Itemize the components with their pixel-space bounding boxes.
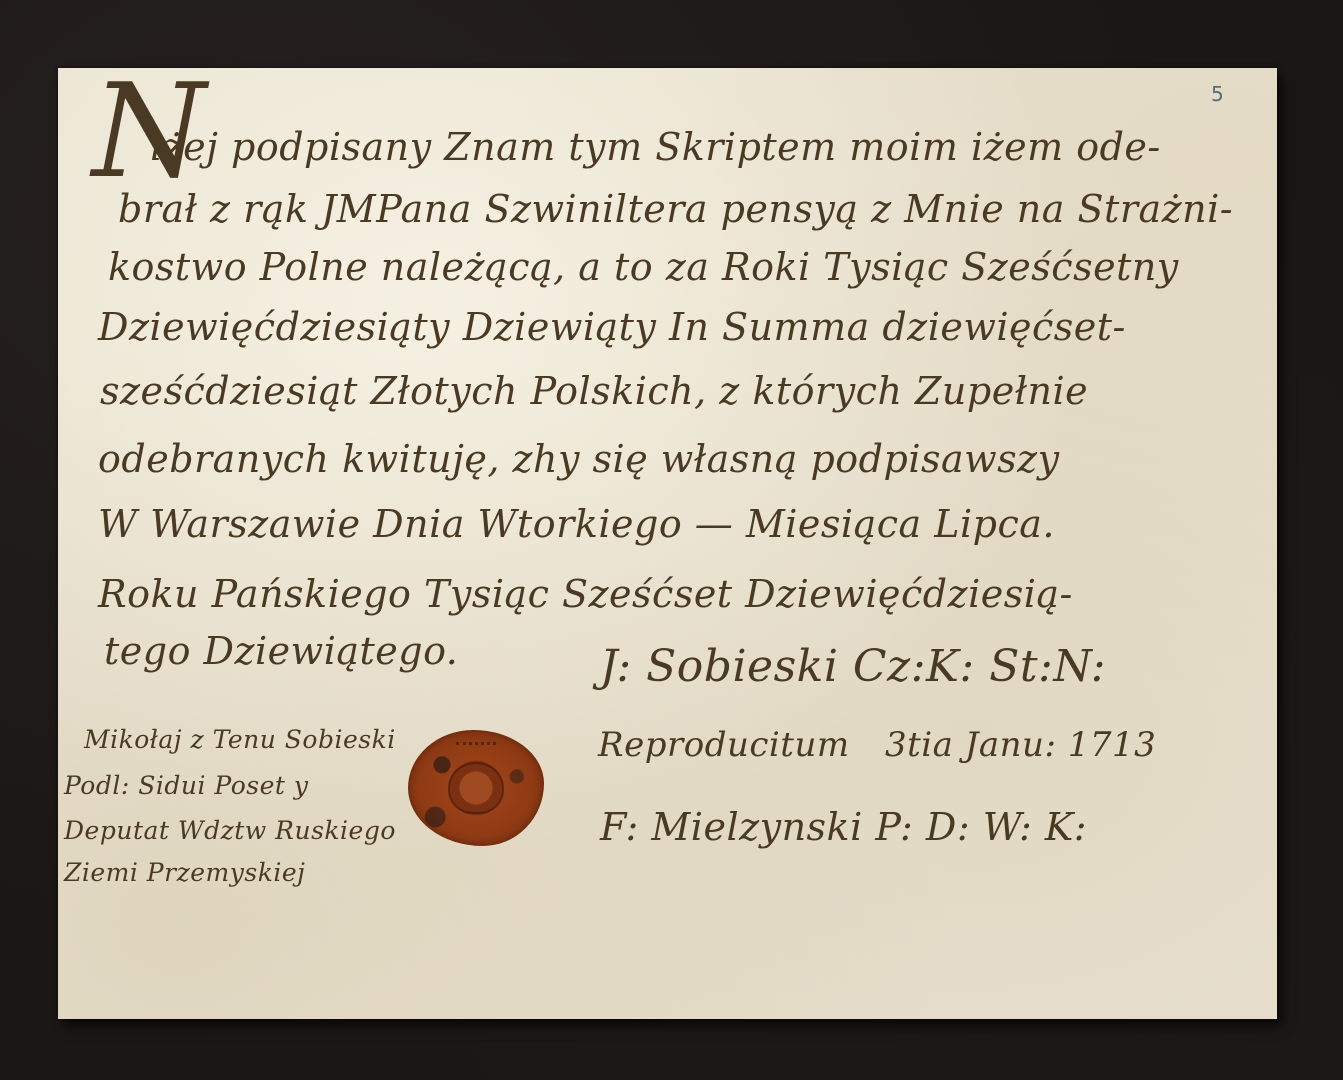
body-line-5: sześćdziesiąt Złotych Polskich, z któryc…: [100, 372, 1088, 410]
margin-note-line-3: Deputat Wdztw Ruskiego: [64, 818, 396, 843]
seal-crown-icon: [456, 742, 496, 761]
reproduction-label: Reproducitum: [598, 728, 850, 762]
body-line-1: iżej podpisany Znam tym Skriptem moim iż…: [150, 128, 1161, 166]
reproduction-date: 3tia Janu: 1713: [885, 728, 1156, 762]
body-line-7: W Warszawie Dnia Wtorkiego — Miesiąca Li…: [98, 505, 1055, 543]
body-line-3: kostwo Polne należącą, a to za Roki Tysi…: [108, 248, 1179, 286]
wax-seal-icon: [408, 730, 544, 846]
body-line-9: tego Dziewiątego.: [104, 632, 458, 670]
seal-coat-of-arms-icon: [448, 762, 504, 814]
body-line-6: odebranych kwituję, zhy się własną podpi…: [98, 440, 1060, 478]
body-line-2: brał z rąk JMPana Szwiniltera pensyą z M…: [118, 190, 1233, 228]
body-line-8: Roku Pańskiego Tysiąc Sześćset Dziewięćd…: [98, 575, 1073, 613]
margin-note-line-4: Ziemi Przemyskiej: [64, 860, 305, 885]
reproduction-signature: F: Mielzynski P: D: W: K:: [600, 808, 1087, 846]
page-number: 5: [1211, 82, 1224, 106]
margin-note-line-2: Podl: Sidui Poset y: [64, 773, 309, 798]
body-line-4: Dziewięćdziesiąty Dziewiąty In Summa dzi…: [98, 308, 1126, 346]
signature-sobieski: J: Sobieski Cz:K: St:N:: [600, 645, 1106, 689]
margin-note-line-1: Mikołaj z Tenu Sobieski: [84, 727, 396, 752]
